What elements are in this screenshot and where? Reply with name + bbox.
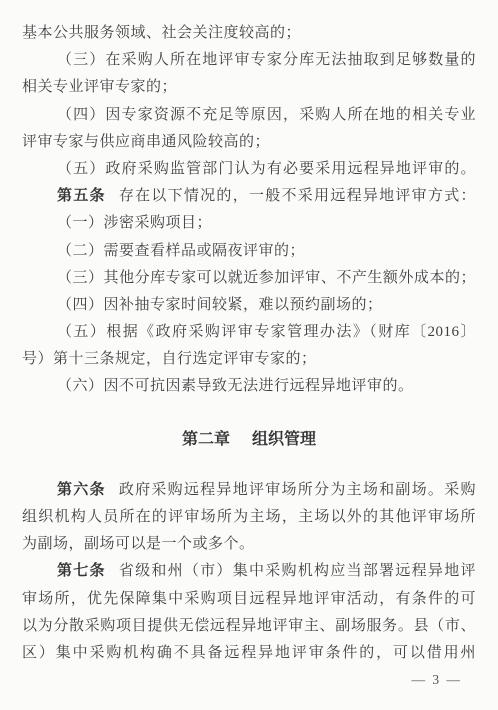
body-text-line: （三）其他分库专家可以就近参加评审、不产生额外成本的；: [22, 265, 476, 292]
body-text-line: 区）集中采购机构确不具备远程异地评审条件的，可以借用州（市）: [22, 640, 476, 667]
body-text-line: 相关专业评审专家的；: [22, 74, 476, 101]
chapter-title: 组织管理: [252, 431, 316, 448]
body-text-line: 第五条存在以下情况的，一般不采用远程异地评审方式：: [22, 183, 476, 210]
body-text-line: （五）政府采购监管部门认为有必要采用远程异地评审的。: [22, 156, 476, 183]
body-text-line: 以为分散采购项目提供无偿远程异地评审主、副场服务。县（市、: [22, 613, 476, 640]
body-text-line: （四）因补抽专家时间较紧，难以预约副场的；: [22, 292, 476, 319]
body-text-line: 号）第十三条规定，自行选定评审专家的；: [22, 346, 476, 373]
body-text-line: 第六条政府采购远程异地评审场所分为主场和副场。采购: [22, 477, 476, 504]
document-page: 基本公共服务领域、社会关注度较高的； （三）在采购人所在地评审专家分库无法抽取到…: [0, 0, 498, 710]
body-text-line: 组织机构人员所在的评审场所为主场，主场以外的其他评审场所: [22, 504, 476, 531]
article-number-label: 第七条: [57, 563, 106, 579]
body-text-line: （三）在采购人所在地评审专家分库无法抽取到足够数量的: [22, 47, 476, 74]
body-text-line: 评审专家与供应商串通风险较高的；: [22, 129, 476, 156]
body-text-line: （五）根据《政府采购评审专家管理办法》（财库〔2016〕198: [22, 319, 476, 346]
article-text: 省级和州（市）集中采购机构应当部署远程异地评: [119, 563, 476, 579]
article-text: 政府采购远程异地评审场所分为主场和副场。采购: [119, 482, 476, 498]
body-text-line: （一）涉密采购项目；: [22, 210, 476, 237]
article-number-label: 第六条: [57, 482, 106, 498]
body-text-line: 基本公共服务领域、社会关注度较高的；: [22, 20, 476, 47]
chapter-heading: 第二章组织管理: [22, 426, 476, 453]
article-number-label: 第五条: [57, 188, 106, 204]
page-number: — 3 —: [412, 672, 463, 688]
body-text-line: 为副场，副场可以是一个或多个。: [22, 531, 476, 558]
body-text: 基本公共服务领域、社会关注度较高的； （三）在采购人所在地评审专家分库无法抽取到…: [22, 0, 476, 667]
body-text-line: 第七条省级和州（市）集中采购机构应当部署远程异地评: [22, 558, 476, 585]
chapter-number: 第二章: [182, 431, 230, 448]
body-text-line: 审场所，优先保障集中采购项目远程异地评审活动，有条件的可: [22, 586, 476, 613]
body-text-line: （六）因不可抗因素导致无法进行远程异地评审的。: [22, 373, 476, 400]
body-text-line: （二）需要查看样品或隔夜评审的；: [22, 238, 476, 265]
body-text-line: （四）因专家资源不充足等原因，采购人所在地的相关专业: [22, 102, 476, 129]
article-text: 存在以下情况的，一般不采用远程异地评审方式：: [119, 188, 476, 204]
